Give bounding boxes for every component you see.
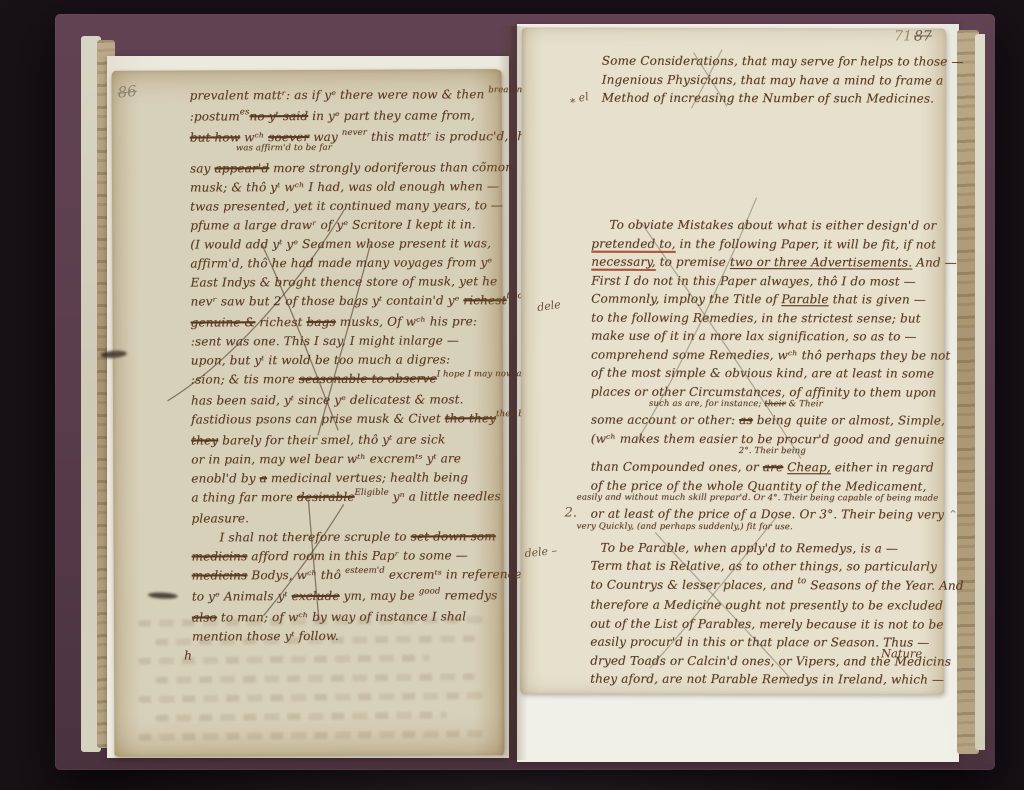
manuscript-line: affirm'd, thô he had made many voyages f… [190, 253, 494, 273]
handwritten-text: affirm'd, thô he had made many voyages f… [190, 255, 492, 270]
handwritten-text: musks, Of wᶜʰ his pre: [336, 314, 477, 329]
handwritten-text: excremᵗˢ in reference [385, 567, 522, 582]
handwritten-text: fastidious psons can prise musk & Civet [191, 411, 445, 426]
handwritten-text: of the most simple & obvious kind, are a… [591, 366, 934, 381]
margin-note-number-2: 2. [565, 506, 577, 521]
handwritten-text: way [309, 130, 342, 144]
manuscript-line: to yᵉ Animals yᵗ exclude ym, may be good… [192, 586, 496, 608]
manuscript-line: pleasure. [191, 508, 495, 528]
handwritten-text: Some Considerations, that may serve for … [602, 54, 964, 69]
struck-text: seasonable to observe [299, 371, 437, 386]
struck-text: set down som [411, 529, 496, 543]
handwritten-text: Term that is Relative, as to other thing… [590, 559, 937, 574]
handwritten-text: Parable [781, 292, 828, 306]
struck-text: exclude [292, 589, 340, 603]
handwritten-text: to yᵉ Animals yᵗ [192, 589, 292, 603]
handwritten-text: upon, but yᵗ it wold be too much a digre… [191, 352, 451, 367]
manuscript-line: :sion; & tis more seasonable to observeI… [191, 369, 495, 391]
manuscript-line: prevalent mattʳ: as if yᵉ there were now… [190, 85, 494, 107]
manuscript-line: East Indys & broght thence store of musk… [190, 272, 494, 292]
handwritten-text: ym, may be [340, 589, 419, 603]
struck-text: but how [190, 130, 240, 144]
showthrough-line [138, 730, 486, 741]
handwritten-text: being quite or almost, Simple, [753, 413, 945, 428]
manuscript-line: pretended to, in the following Paper, it… [591, 234, 937, 253]
catchword: Nature [881, 646, 922, 660]
handwritten-text: (wᶜʰ makes them easier to be procur'd go… [591, 431, 945, 446]
handwritten-text: places or other Circumstances, of affini… [591, 384, 936, 399]
manuscript-line: First I do not in this Paper alwayes, th… [591, 271, 937, 290]
handwritten-text: :postum [190, 109, 240, 123]
handwritten-text: in yᵉ part they came from, [308, 108, 475, 123]
handwritten-text: yⁿ a little needles [389, 489, 501, 503]
manuscript-line: a thing far more desirableEligible yⁿ a … [191, 487, 495, 509]
handwritten-text: they aford, are not Parable Remedys in I… [590, 672, 944, 687]
manuscript-line: twas presented, yet it continued many ye… [190, 196, 494, 216]
handwritten-text: remedys [440, 588, 497, 602]
manuscript-line: nevʳ saw but 2 of those bags yᵗ contain'… [190, 291, 494, 313]
struck-text: as [739, 413, 753, 427]
manuscript-line: Some Considerations, that may serve for … [602, 52, 934, 71]
handwritten-text: I shal not therefore scruple to [220, 530, 411, 545]
inserted-text: good [419, 586, 441, 596]
paragraph-1: To obviate Mistakes about what is either… [591, 216, 938, 534]
manuscript-line: (I would add yᵗ yᵉ Seamen whose present … [190, 234, 494, 254]
manuscript-line: :sent was one. This I say, I might inlar… [191, 331, 495, 351]
inserted-text: es [240, 107, 250, 117]
inserted-text: Eligible [355, 488, 389, 498]
struck-text: no yᵗ said [249, 109, 308, 123]
manuscript-line: comprehend some Remedies, wᶜʰ thô perhap… [591, 345, 937, 364]
manuscript-page-left: 86 prevalent mattʳ: as if yᵉ there were … [112, 69, 505, 757]
inserted-text: esteem'd [345, 566, 385, 576]
handwritten-text: make use of it in a more lax significati… [591, 329, 917, 344]
handwritten-text: say [190, 161, 215, 175]
handwritten-text: twas presented, yet it continued many ye… [190, 198, 503, 213]
showthrough-line [156, 673, 476, 684]
manuscript-line: fastidious psons can prise musk & Civet … [191, 409, 495, 431]
handwritten-text: to Countrys & lesser places, and [590, 577, 797, 592]
inserted-text: such as are, for instance; [649, 399, 764, 409]
inserted-text: never [342, 128, 367, 138]
manuscript-line: they aford, are not Parable Remedys in I… [590, 670, 936, 689]
handwritten-text: First I do not in this Paper alwayes, th… [591, 273, 916, 288]
ink-smudge [101, 350, 127, 359]
showthrough-line [156, 711, 448, 721]
manuscript-line: Ingenious Physicians, that may have a mi… [602, 70, 934, 89]
manuscript-line: has been said, yᵗ since yᵉ delicatest & … [191, 390, 495, 410]
manuscript-line: Method of increasing the Number of such … [602, 89, 934, 108]
manuscript-page-right: 7187 Some Considerations, that may serve… [520, 27, 946, 694]
struck-text: bags [306, 315, 335, 329]
showthrough-line [155, 635, 475, 646]
photo-background: 86 prevalent mattʳ: as if yᵉ there were … [0, 0, 1024, 790]
inserted-text: easily and without much skill prepar'd. … [577, 493, 939, 504]
manuscript-line: make use of it in a more lax significati… [591, 327, 937, 346]
handwritten-text: :sion; & tis more [191, 372, 299, 386]
struck-text: medicins [192, 568, 248, 582]
handwritten-text: Ingenious Physicians, that may have a mi… [602, 72, 944, 87]
folio-number-right: 7187 [894, 28, 932, 44]
manuscript-line: pfume a large drawʳ of yᵉ Scritore I kep… [190, 215, 494, 235]
handwritten-text: in the following Paper, it will be fit, … [676, 236, 936, 251]
handwritten-text: or at least of the price of a Dose. Or 3… [591, 507, 944, 522]
handwritten-text: or in pain, may wel bear wᵗʰ excremᵗˢ yᵗ… [191, 451, 461, 466]
handwritten-text: to the following Remedies, in the strict… [591, 310, 921, 325]
inserted-text: very Quickly, (and perhaps suddenly,) fi… [577, 521, 793, 532]
handwritten-text: some account or other: [591, 413, 739, 427]
manuscript-line: To be Parable, when apply'd to Remedys, … [590, 538, 936, 557]
paragraph-2: To be Parable, when apply'd to Remedys, … [590, 538, 936, 689]
handwritten-text: To obviate Mistakes about what is either… [609, 218, 936, 233]
inserted-text: their [764, 399, 785, 409]
margin-note-el: ⁎ el [569, 90, 590, 106]
book-cover: 86 prevalent mattʳ: as if yᵉ there were … [55, 14, 995, 770]
handwritten-text: comprehend some Remedies, wᶜʰ thô perhap… [591, 347, 950, 362]
manuscript-line: Term that is Relative, as to other thing… [590, 557, 936, 576]
struck-text: appear'd [214, 161, 269, 175]
showthrough-line [138, 616, 486, 627]
handwritten-text: East Indys & broght thence store of musk… [190, 274, 497, 289]
handwritten-text: two or three Advertisements. [730, 255, 912, 269]
manuscript-line: To obviate Mistakes about what is either… [591, 216, 937, 235]
handwritten-text: :sent was one. This I say, I might inlar… [191, 333, 459, 348]
manuscript-line: therefore a Medicine ought not presently… [590, 596, 936, 615]
manuscript-line: enobl'd by a medicinal vertues; health b… [191, 468, 495, 488]
margin-note-dele-1: dele [536, 298, 561, 314]
handwritten-text: to premise [656, 255, 730, 269]
manuscript-line: medicins afford room in this Papʳ to som… [192, 546, 496, 566]
right-page-body: To obviate Mistakes about what is either… [590, 216, 937, 689]
handwritten-text: wᶜʰ [240, 130, 268, 144]
handwritten-text: Cheap, [787, 460, 831, 474]
manuscript-line: say appear'd more strongly odoriferous t… [190, 158, 494, 178]
manuscript-line: some account or other: as being quite or… [591, 411, 937, 430]
handwritten-text: pleasure. [191, 511, 249, 525]
manuscript-line: than Compounded ones, or are Cheap, eith… [591, 458, 937, 477]
handwritten-text: To be Parable, when apply'd to Remedys, … [600, 540, 898, 555]
handwritten-text: ⌃ [944, 508, 958, 522]
manuscript-line: out of the List of Parables, merely beca… [590, 614, 936, 633]
manuscript-line: they barely for their smel, thô yᵗ are s… [191, 430, 495, 450]
showthrough-text [138, 617, 487, 752]
manuscript-line: medicins Bodys, wᶜʰ thô esteem'd excremᵗ… [192, 565, 496, 587]
handwritten-text: either in regard [831, 460, 934, 474]
handwritten-text: nevʳ saw but 2 of those bags yᵗ contain'… [190, 293, 463, 308]
manuscript-line: to the following Remedies, in the strict… [591, 308, 937, 327]
handwritten-text: Method of increasing the Number of such … [602, 91, 934, 106]
handwritten-text: than Compounded ones, or [591, 460, 763, 474]
handwritten-text: of the price of the whole Quantity of th… [591, 478, 927, 493]
manuscript-line: I shal not therefore scruple to set down… [192, 527, 496, 547]
handwritten-text: pfume a large drawʳ of yᵉ Scritore I kep… [190, 217, 476, 232]
handwritten-text: afford room in this Papʳ to some — [247, 548, 468, 563]
struck-text: a [260, 471, 267, 485]
handwritten-text: therefore a Medicine ought not presently… [590, 598, 943, 613]
manuscript-line: upon, but yᵗ it wold be too much a digre… [191, 350, 495, 370]
handwritten-text: out of the List of Parables, merely beca… [590, 616, 943, 631]
handwritten-text: has been said, yᵗ since yᵉ delicatest & … [191, 392, 464, 407]
manuscript-line: very Quickly, (and perhaps suddenly,) fi… [577, 523, 937, 534]
manuscript-line: musk; & thô yᵗ wᶜʰ I had, was old enough… [190, 177, 494, 197]
handwritten-text: more strongly odoriferous than cõmon [269, 160, 513, 175]
handwritten-text: a thing far more [191, 490, 297, 504]
handwritten-text: necessary, [591, 255, 655, 269]
handwritten-text: (I would add yᵗ yᵉ Seamen whose present … [190, 236, 491, 251]
right-page-heading: Some Considerations, that may serve for … [602, 52, 934, 108]
inserted-text: & Their [786, 399, 823, 409]
cover-edge-right [985, 20, 995, 764]
handwritten-text: enobl'd by [191, 471, 259, 485]
handwritten-text: musk; & thô yᵗ wᶜʰ I had, was old enough… [190, 179, 499, 194]
struck-text: genuine & [191, 315, 256, 329]
handwritten-text: pretended to, [591, 236, 675, 250]
handwritten-text: Bodys, wᶜʰ thô [247, 568, 345, 582]
handwritten-text: barely for their smel, thô yᵗ are sick [218, 432, 445, 447]
handwritten-text: this mattʳ is produc'd, they [367, 129, 539, 144]
ink-smudge [148, 592, 178, 599]
manuscript-line: genuine & richest bags musks, Of wᶜʰ his… [191, 312, 495, 332]
handwritten-text: easily procur'd in this or that place or… [590, 635, 929, 650]
left-page-text: prevalent mattʳ: as if yᵉ there were now… [190, 85, 497, 665]
struck-text: richest [463, 293, 506, 307]
showthrough-line [138, 692, 486, 703]
inserted-text: was affirm'd to be far [236, 143, 332, 153]
handwritten-text: Commonly, imploy the Title of [591, 292, 781, 306]
manuscript-line: to Countrys & lesser places, and to Seas… [590, 575, 936, 596]
handwritten-text: And — [912, 255, 957, 269]
showthrough-line [138, 654, 430, 664]
manuscript-line: :postumesno yᵗ said in yᵉ part they came… [190, 106, 494, 128]
struck-text: desirable [297, 490, 355, 504]
struck-text: are [763, 460, 783, 474]
handwritten-text: richest [255, 315, 306, 329]
manuscript-line: Commonly, imploy the Title of Parable th… [591, 290, 937, 309]
inserted-text: to [797, 576, 806, 586]
manuscript-line: necessary, to premise two or three Adver… [591, 253, 937, 272]
folio-87-struck: 87 [914, 28, 932, 44]
folio-71: 71 [894, 28, 912, 44]
inserted-text: 2°. Their being [739, 446, 806, 456]
margin-note-dele-2: dele – [524, 544, 558, 560]
struck-text: medicins [192, 549, 248, 563]
struck-text: they [191, 433, 218, 447]
struck-text: tho they [445, 411, 496, 425]
manuscript-line: 2°. Their being [739, 448, 937, 459]
handwritten-text: Seasons of the Year. And [806, 578, 963, 592]
manuscript-line: of the most simple & obvious kind, are a… [591, 364, 937, 383]
folio-number-left: 86 [117, 82, 138, 102]
handwritten-text: that is given — [829, 292, 926, 306]
manuscript-line: or in pain, may wel bear wᵗʰ excremᵗˢ yᵗ… [191, 449, 495, 469]
handwritten-text: medicinal vertues; health being [267, 470, 468, 485]
handwritten-text: prevalent mattʳ: as if yᵉ there were now… [190, 87, 489, 102]
